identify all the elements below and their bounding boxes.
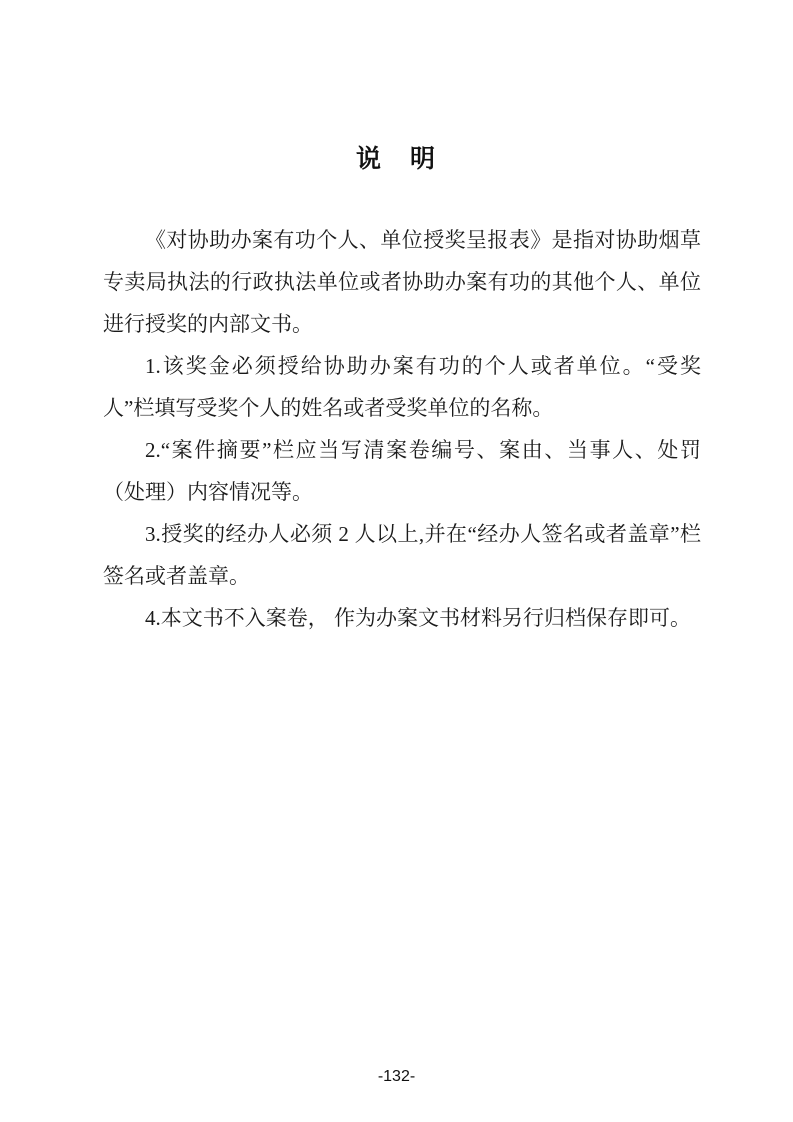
document-body: 《对协助办案有功个人、单位授奖呈报表》是指对协助烟草专卖局执法的行政执法单位或者… [103, 219, 701, 639]
paragraph-item-3: 3.授奖的经办人必须 2 人以上,并在“经办人签名或者盖章”栏签名或者盖章。 [103, 513, 701, 597]
paragraph-intro: 《对协助办案有功个人、单位授奖呈报表》是指对协助烟草专卖局执法的行政执法单位或者… [103, 219, 701, 345]
paragraph-item-1: 1.该奖金必须授给协助办案有功的个人或者单位。“受奖人”栏填写受奖个人的姓名或者… [103, 345, 701, 429]
paragraph-item-2: 2.“案件摘要”栏应当写清案卷编号、案由、当事人、处罚（处理）内容情况等。 [103, 429, 701, 513]
paragraph-item-4: 4.本文书不入案卷， 作为办案文书材料另行归档保存即可。 [103, 597, 701, 639]
page-number: -132- [0, 1068, 793, 1086]
document-page: 说 明 《对协助办案有功个人、单位授奖呈报表》是指对协助烟草专卖局执法的行政执法… [0, 0, 793, 1122]
page-title: 说 明 [0, 139, 793, 175]
